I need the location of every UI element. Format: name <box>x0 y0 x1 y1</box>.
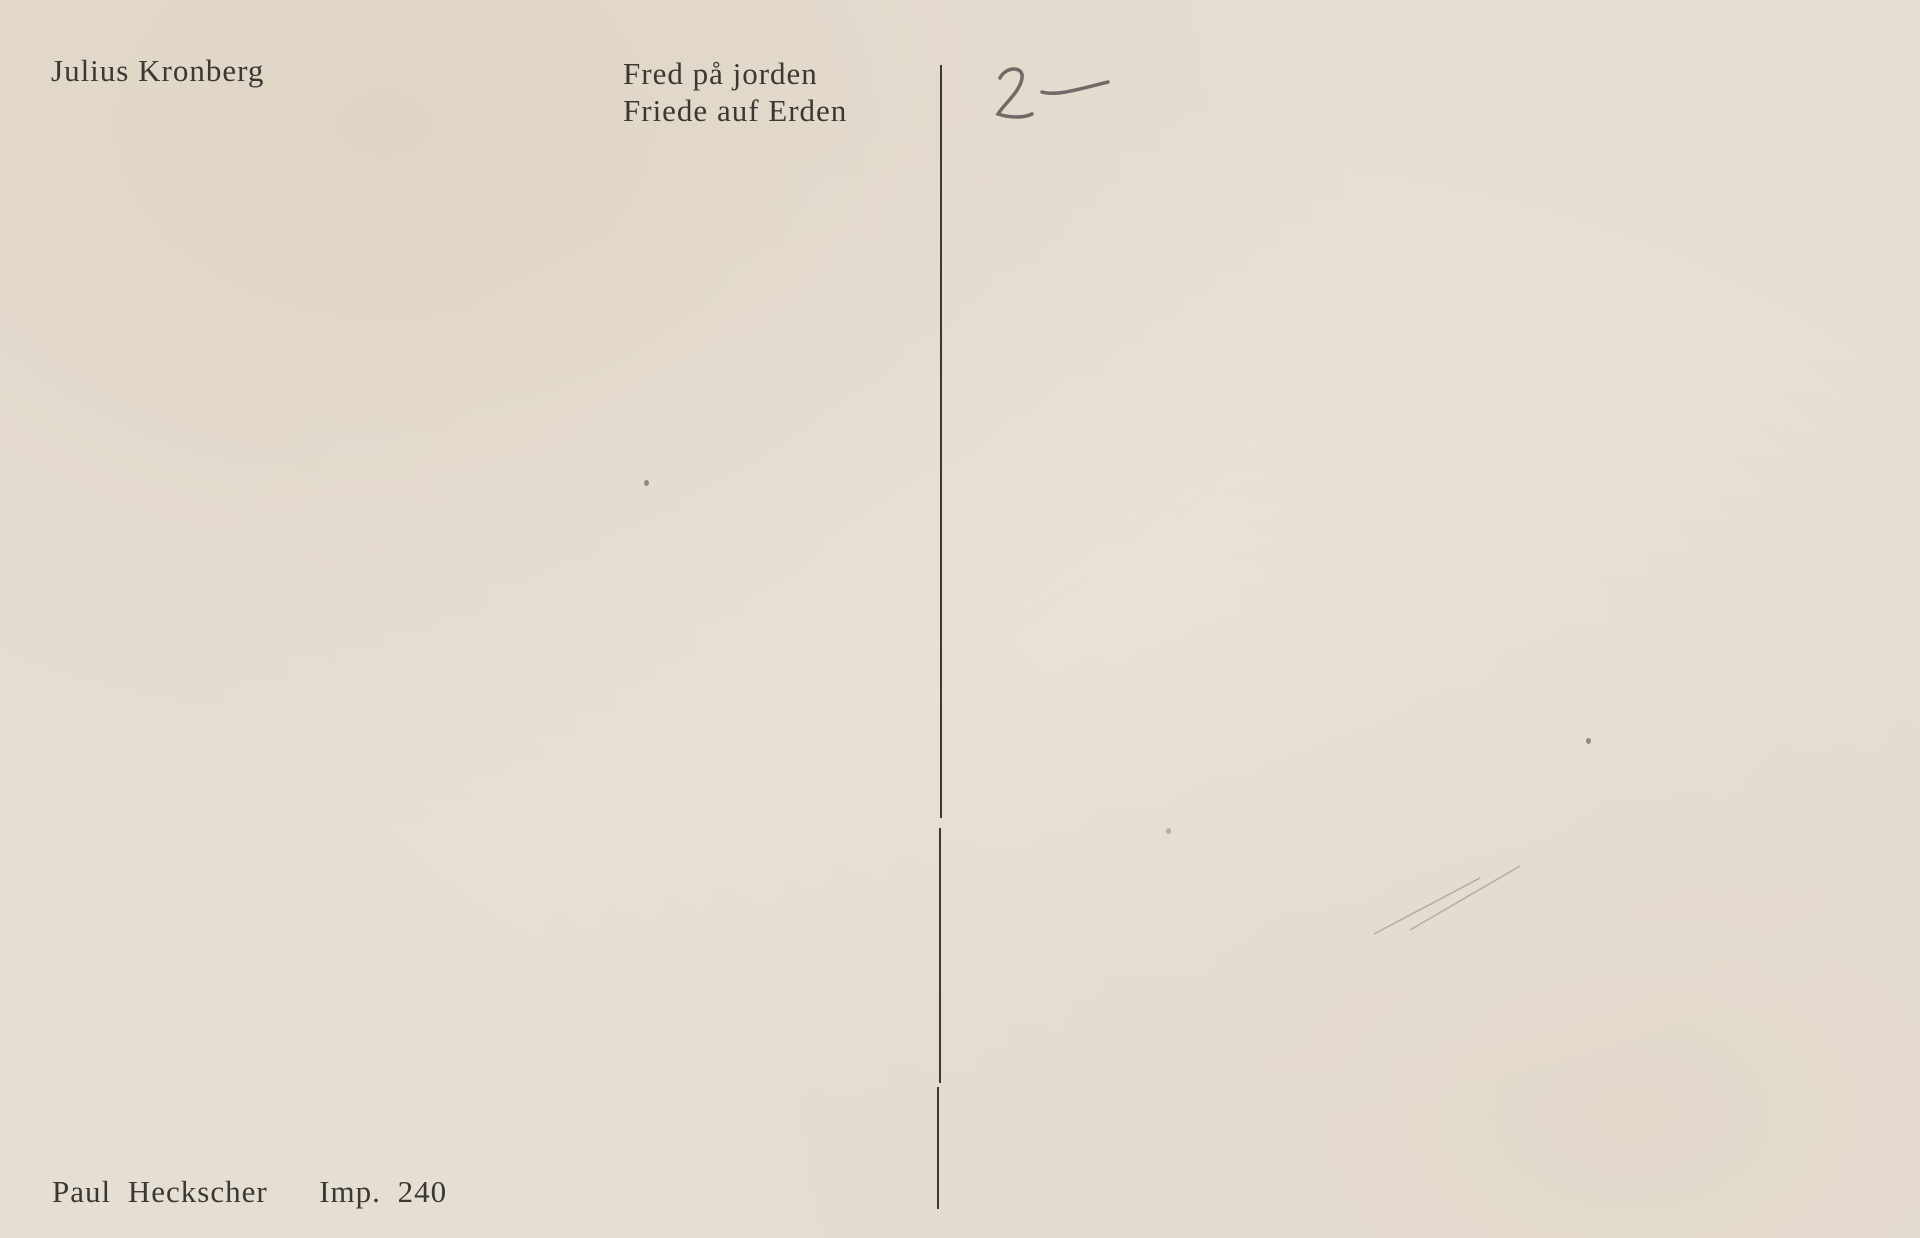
paper-speck <box>1586 738 1591 744</box>
divider-line <box>939 828 941 1083</box>
postcard-back: Julius Kronberg Fred på jorden Friede au… <box>0 0 1920 1238</box>
artist-name: Julius Kronberg <box>51 52 264 89</box>
divider-line <box>940 65 942 818</box>
imprint-number: Imp. 240 <box>319 1174 447 1209</box>
paper-speck <box>644 480 649 486</box>
handwritten-price-mark: 2- <box>990 60 1120 130</box>
artwork-title: Fred på jorden Friede auf Erden <box>623 55 847 129</box>
publisher-name: Paul Heckscher <box>52 1174 268 1209</box>
paper-speck <box>1166 828 1171 834</box>
title-swedish: Fred på jorden <box>623 55 847 92</box>
title-german: Friede auf Erden <box>623 92 847 129</box>
paper-scratch-mark <box>1370 860 1530 940</box>
divider-line <box>937 1087 939 1209</box>
publisher-line: Paul Heckscher Imp. 240 <box>52 1173 447 1210</box>
